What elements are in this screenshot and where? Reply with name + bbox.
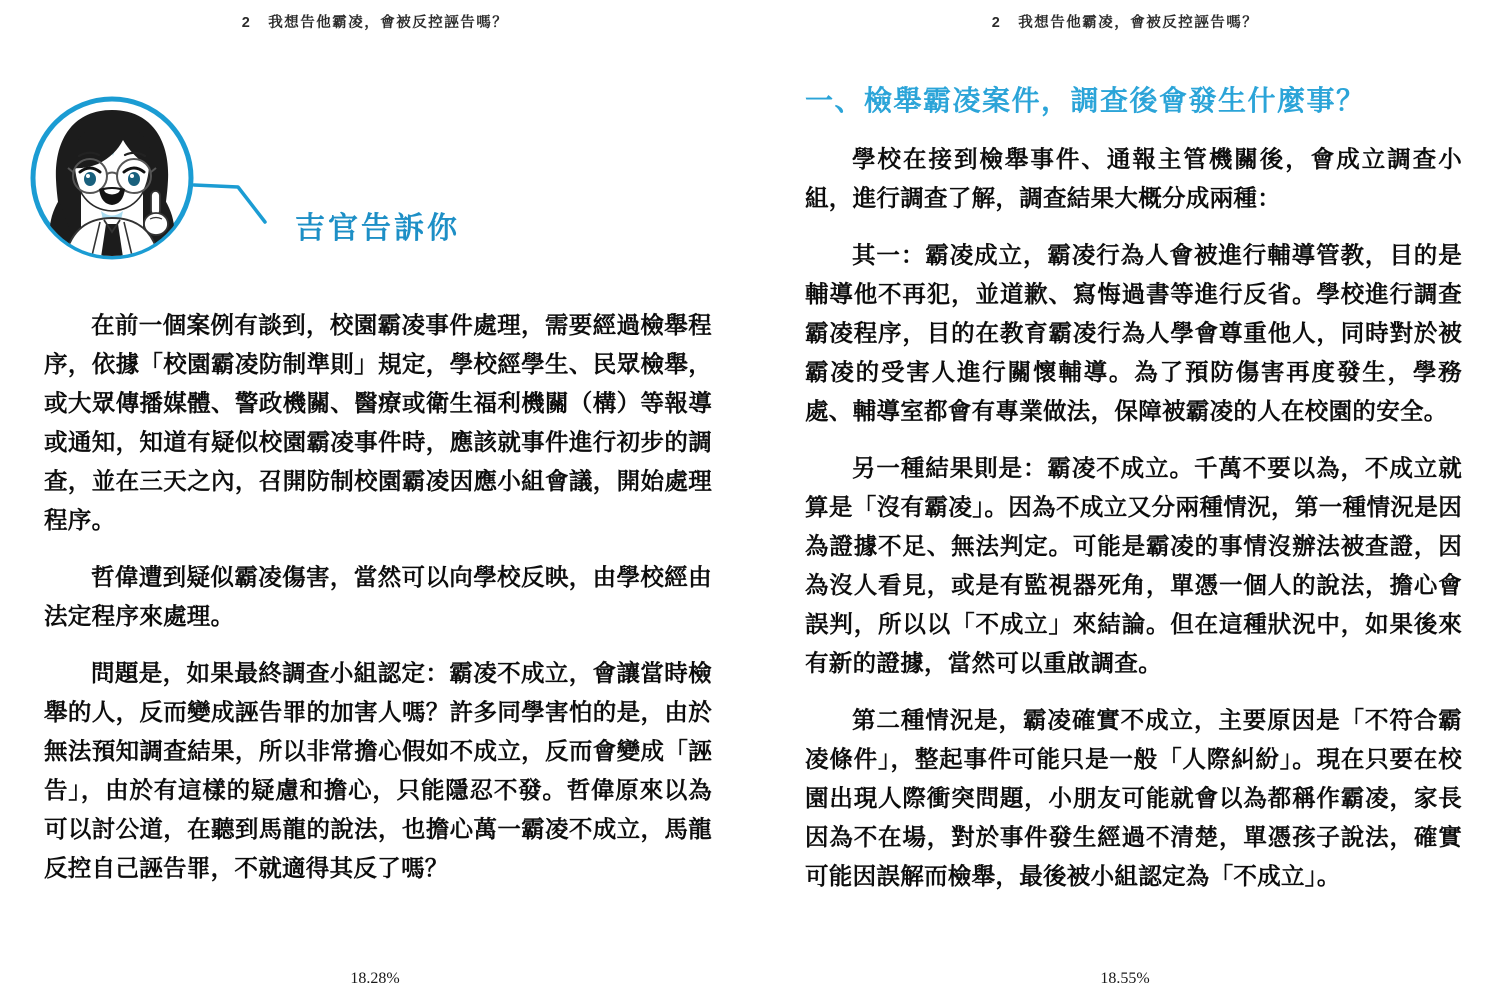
chapter-number: 2 — [992, 15, 1002, 31]
page-left: 2 我想告他霸凌，會被反控誣告嗎？ — [0, 0, 750, 1000]
running-header-left: 2 我想告他霸凌，會被反控誣告嗎？ — [0, 11, 750, 32]
running-header-right: 2 我想告他霸凌，會被反控誣告嗎？ — [750, 11, 1500, 32]
speech-connector-line — [193, 176, 275, 230]
paragraph: 學校在接到檢舉事件、通報主管機關後，會成立調查小組，進行調查了解，調查結果大概分… — [805, 140, 1462, 218]
left-page-body: 在前一個案例有談到，校園霸凌事件處理，需要經過檢舉程序，依據「校園霸凌防制準則」… — [44, 306, 712, 888]
mascot-girl-avatar — [26, 92, 198, 264]
speaker-heading: 吉官告訴你 — [295, 203, 460, 247]
section-heading: 一、檢舉霸凌案件，調查後會發生什麼事？ — [805, 79, 1366, 119]
reading-progress-left: 18.28% — [0, 970, 750, 988]
paragraph: 問題是，如果最終調查小組認定：霸凌不成立，會讓當時檢舉的人，反而變成誣告罪的加害… — [44, 654, 712, 888]
chapter-title: 我想告他霸凌，會被反控誣告嗎？ — [268, 11, 508, 32]
paragraph: 另一種結果則是：霸凌不成立。千萬不要以為，不成立就算是「沒有霸凌」。因為不成立又… — [805, 449, 1462, 683]
right-page-body: 學校在接到檢舉事件、通報主管機關後，會成立調查小組，進行調查了解，調查結果大概分… — [805, 140, 1462, 896]
page-right: 2 我想告他霸凌，會被反控誣告嗎？ 一、檢舉霸凌案件，調查後會發生什麼事？ 學校… — [750, 0, 1500, 1000]
reading-progress-right: 18.55% — [750, 970, 1500, 988]
ebook-two-page-spread: 2 我想告他霸凌，會被反控誣告嗎？ — [0, 0, 1500, 1000]
chapter-number: 2 — [242, 15, 252, 31]
paragraph: 第二種情況是，霸凌確實不成立，主要原因是「不符合霸凌條件」，整起事件可能只是一般… — [805, 701, 1462, 896]
paragraph: 其一：霸凌成立，霸凌行為人會被進行輔導管教，目的是輔導他不再犯，並道歉、寫悔過書… — [805, 236, 1462, 431]
paragraph: 在前一個案例有談到，校園霸凌事件處理，需要經過檢舉程序，依據「校園霸凌防制準則」… — [44, 306, 712, 540]
chapter-title: 我想告他霸凌，會被反控誣告嗎？ — [1018, 11, 1258, 32]
paragraph: 哲偉遭到疑似霸凌傷害，當然可以向學校反映，由學校經由法定程序來處理。 — [44, 558, 712, 636]
